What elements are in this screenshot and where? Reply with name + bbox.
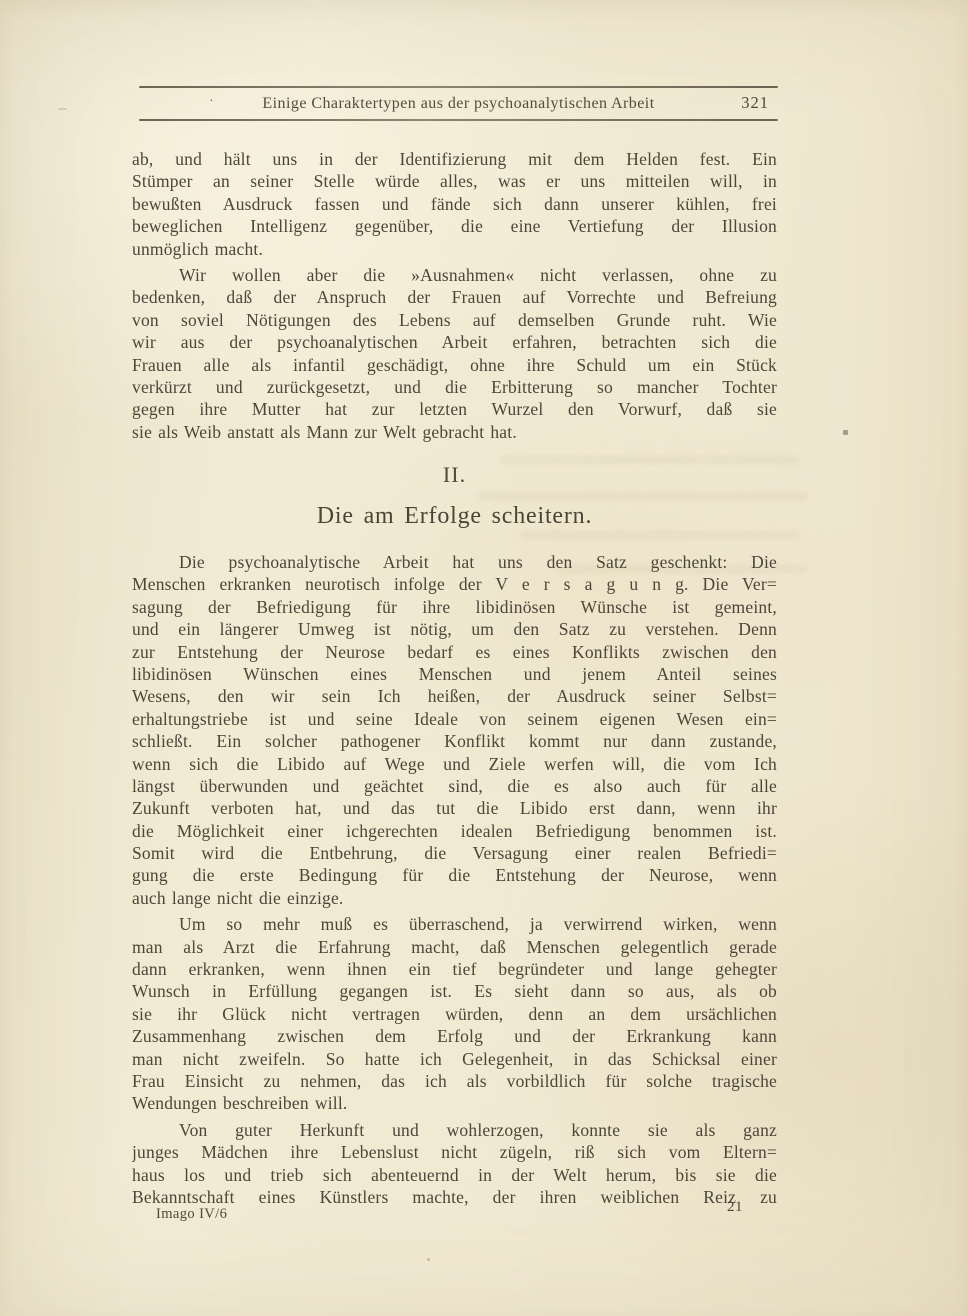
ink-bleedthrough (478, 492, 808, 501)
section-title: Die am Erfolge scheitern. (132, 500, 777, 532)
text-line: verkürzt und zurückgesetzt, und die Erbi… (132, 376, 777, 398)
paragraph: Wir wollen aber die »Ausnahmen« nicht ve… (132, 264, 777, 443)
text-line: ab, und hält uns in der Identifizierung … (132, 148, 777, 170)
text-line: zur Entstehung der Neurose bedarf es ein… (132, 641, 777, 663)
text-line: Wunsch in Erfüllung gegangen ist. Es sie… (132, 980, 777, 1002)
ink-speck (58, 108, 67, 110)
paragraph: Von guter Herkunft und wohlerzogen, konn… (132, 1119, 777, 1209)
text-line: Zukunft verboten hat, und das tut die Li… (132, 797, 777, 819)
page-number: 321 (741, 93, 769, 113)
text-line: Wendungen beschreiben will. (132, 1092, 777, 1114)
text-line: wenn sich die Libido auf Wege und Ziele … (132, 753, 777, 775)
running-header-title: Einige Charaktertypen aus der psychoanal… (262, 95, 654, 113)
ink-speck (843, 430, 848, 435)
journal-imprint: Imago IV/6 (156, 1206, 227, 1223)
ink-bleedthrough (558, 565, 808, 573)
stray-ink-dot: · (209, 94, 214, 110)
text-line: wir aus der psychoanalytischen Arbeit er… (132, 331, 777, 353)
header-rule-bottom (139, 119, 778, 121)
text-line: von soviel Nötigungen des Lebens auf dem… (132, 309, 777, 331)
text-line: bedenken, daß der Anspruch der Frauen au… (132, 286, 777, 308)
text-line: unmöglich macht. (132, 238, 777, 260)
text-line: erhaltungstriebe ist und seine Ideale vo… (132, 708, 777, 730)
text-line: Stümper an seiner Stelle würde alles, wa… (132, 170, 777, 192)
text-line: man als Arzt die Erfahrung macht, daß Me… (132, 936, 777, 958)
section-number: II. (132, 462, 777, 488)
text-line: und ein längerer Umweg ist nötig, um den… (132, 618, 777, 640)
text-line: Somit wird die Entbehrung, die Versagung… (132, 842, 777, 864)
text-line: dann erkranken, wenn ihnen ein tief begr… (132, 958, 777, 980)
text-line: Von guter Herkunft und wohlerzogen, konn… (132, 1119, 777, 1141)
text-line: man nicht zweifeln. So hatte ich Gelegen… (132, 1048, 777, 1070)
text-line: sie als Weib anstatt als Mann zur Welt g… (132, 421, 777, 443)
sheet-number: 21 (727, 1199, 743, 1216)
paragraph: ab, und hält uns in der Identifizierung … (132, 148, 777, 260)
text-line: bewußten Ausdruck fassen und fände sich … (132, 193, 777, 215)
text-line: schließt. Ein solcher pathogener Konflik… (132, 730, 777, 752)
text-line: auch lange nicht die einzige. (132, 887, 777, 909)
paragraph: Um so mehr muß es überraschend, ja verwi… (132, 913, 777, 1115)
ink-bleedthrough (500, 455, 800, 464)
body-text-lower: Die psychoanalytische Arbeit hat uns den… (132, 551, 777, 1208)
text-line: Frau Einsicht zu nehmen, das ich als vor… (132, 1070, 777, 1092)
text-line: libidinösen Wünschen eines Menschen und … (132, 663, 777, 685)
text-line: gegen ihre Mutter hat zur letzten Wurzel… (132, 398, 777, 420)
scanned-page: · Einige Charaktertypen aus der psychoan… (0, 0, 968, 1316)
text-line: Menschen erkranken neurotisch infolge de… (132, 573, 777, 595)
paragraph: Die psychoanalytische Arbeit hat uns den… (132, 551, 777, 909)
text-line: längst überwunden und geächtet sind, die… (132, 775, 777, 797)
text-line: Wir wollen aber die »Ausnahmen« nicht ve… (132, 264, 777, 286)
text-line: Bekanntschaft eines Künstlers machte, de… (132, 1186, 777, 1208)
text-line: Zusammenhang zwischen dem Erfolg und der… (132, 1025, 777, 1047)
text-line: sagung der Befriedigung für ihre libidin… (132, 596, 777, 618)
header-row: · Einige Charaktertypen aus der psychoan… (139, 88, 778, 119)
text-line: gung die erste Bedingung für die Entsteh… (132, 864, 777, 886)
ink-bleedthrough (520, 531, 800, 539)
text-line: die Möglichkeit einer ichgerechten ideal… (132, 820, 777, 842)
text-line: beweglichen Intelligenz gegenüber, die e… (132, 215, 777, 237)
text-line: haus los und trieb sich abenteuernd in d… (132, 1164, 777, 1186)
text-line: junges Mädchen ihre Lebenslust nicht züg… (132, 1141, 777, 1163)
running-header: · Einige Charaktertypen aus der psychoan… (139, 86, 778, 121)
text-line: Frauen alle als infantil geschädigt, ohn… (132, 354, 777, 376)
text-line: sie ihr Glück nicht vertragen würden, de… (132, 1003, 777, 1025)
ink-speck (427, 1258, 430, 1261)
text-line: Wesens, den wir sein Ich heißen, der Aus… (132, 685, 777, 707)
text-line: Um so mehr muß es überraschend, ja verwi… (132, 913, 777, 935)
body-text-upper: ab, und hält uns in der Identifizierung … (132, 148, 777, 443)
